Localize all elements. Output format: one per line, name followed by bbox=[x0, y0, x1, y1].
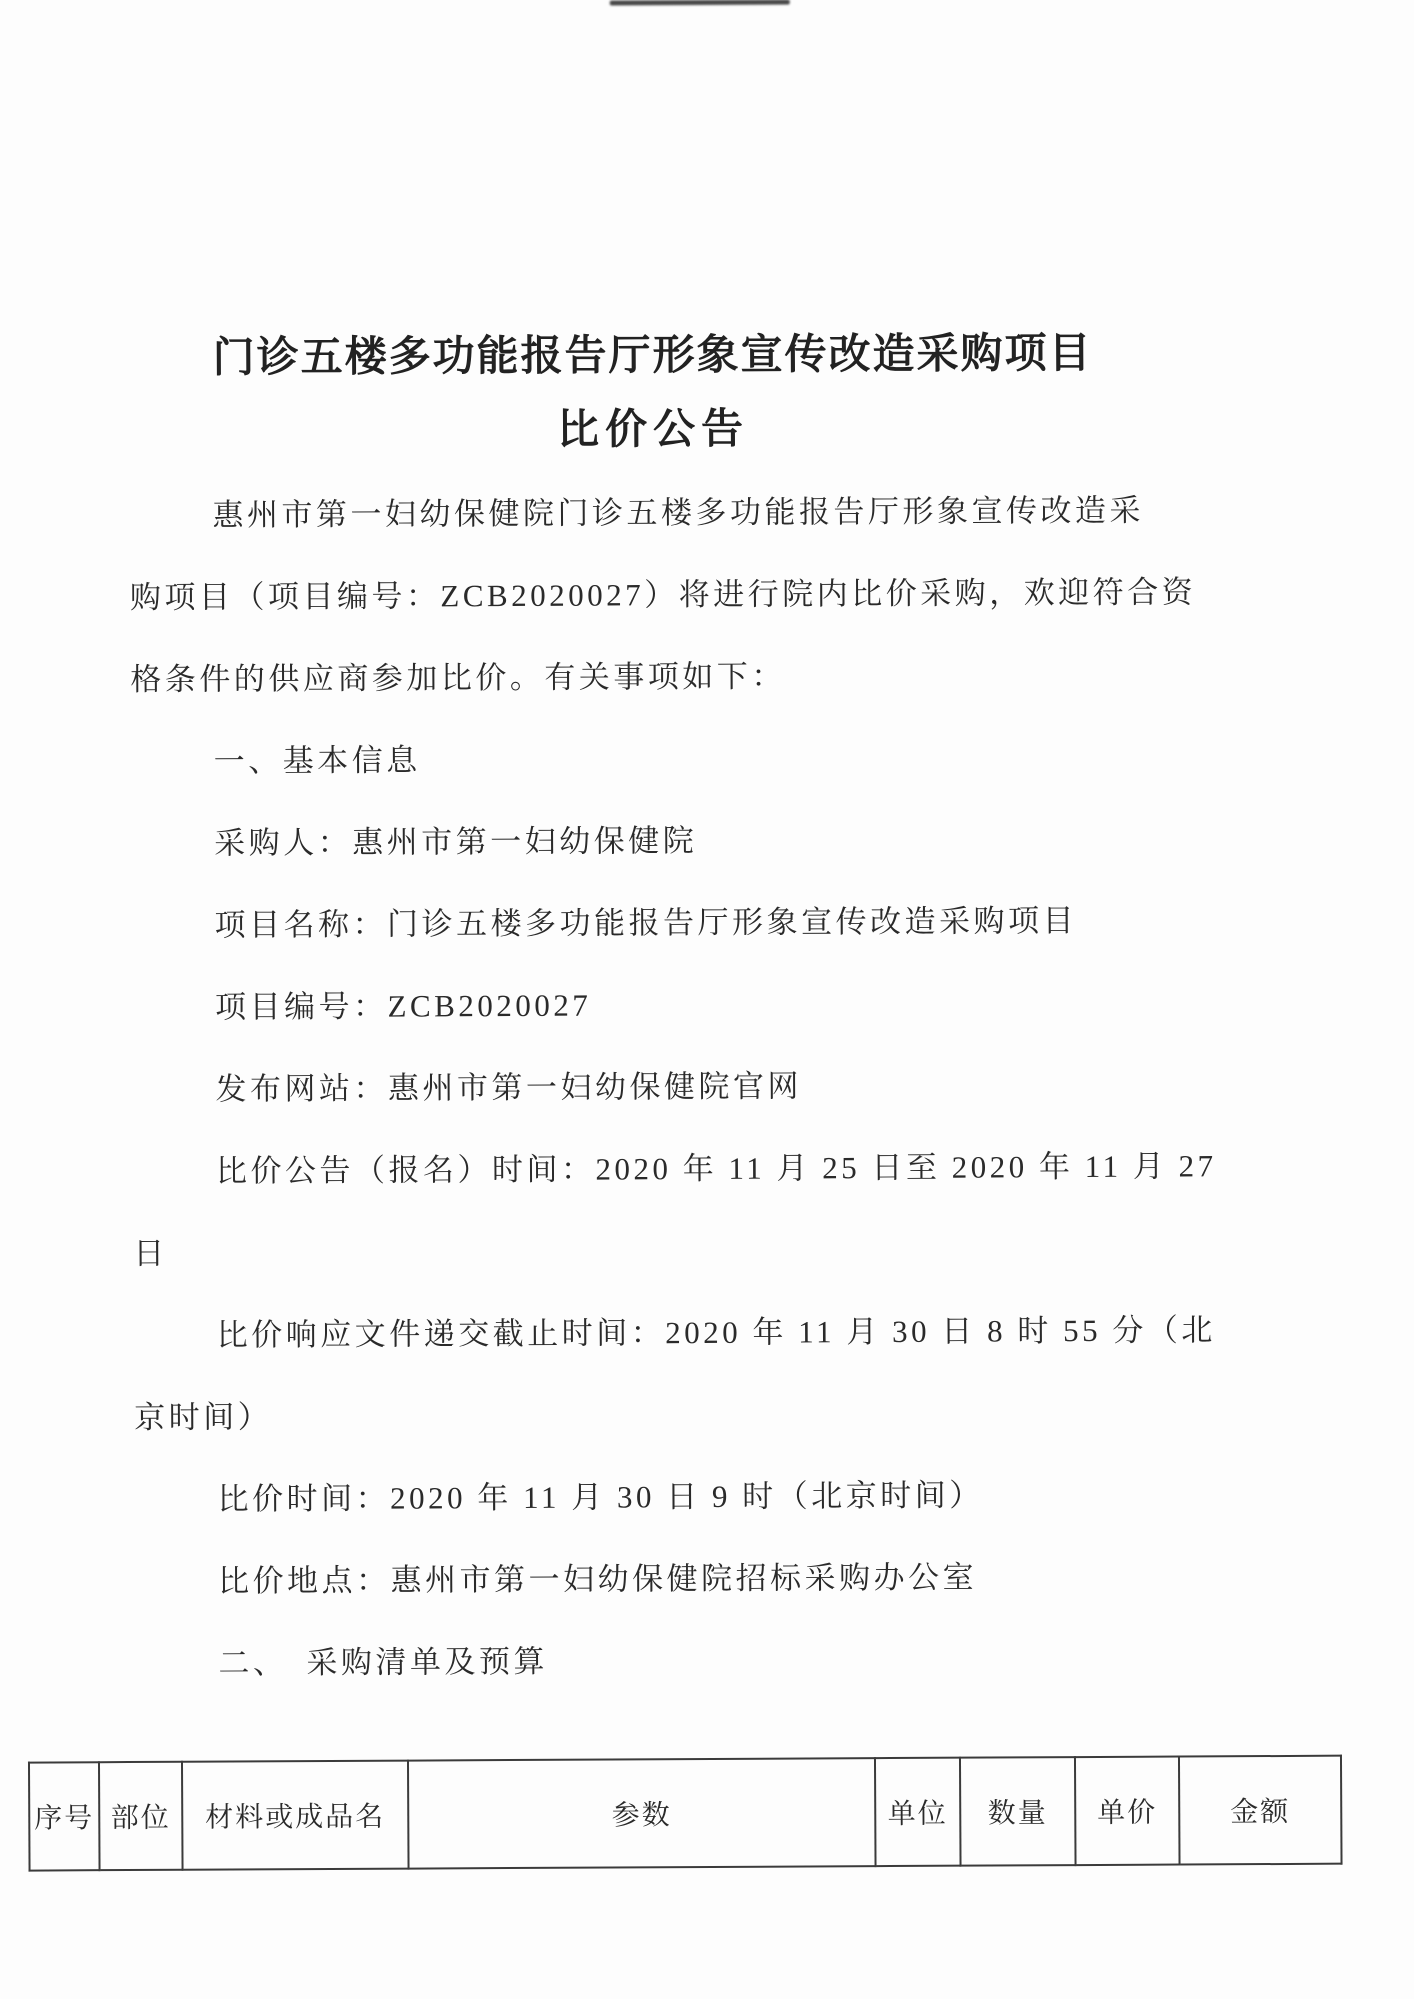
table-header-seq: 序号 bbox=[29, 1762, 100, 1870]
table-header-unit: 单位 bbox=[875, 1758, 961, 1866]
section2-heading: 二、 采购清单及预算 bbox=[135, 1618, 1183, 1705]
scan-artifact-top-edge bbox=[610, 0, 790, 5]
table-header-amount: 金额 bbox=[1179, 1756, 1342, 1865]
info-publish-site: 发布网站：惠州市第一妇幼保健院官网 bbox=[132, 1044, 1180, 1131]
procurement-table: 序号 部位 材料或成品名 参数 单位 数量 单价 金额 bbox=[28, 1755, 1343, 1872]
document-content: 门诊五楼多功能报告厅形象宣传改造采购项目 比价公告 惠州市第一妇幼保健院门诊五楼… bbox=[128, 324, 1183, 1705]
info-bidding-time: 比价时间：2020 年 11 月 30 日 9 时（北京时间） bbox=[134, 1454, 1182, 1541]
info-announce-time-line2: 日 bbox=[133, 1208, 1181, 1295]
intro-line-2: 购项目（项目编号：ZCB2020027）将进行院内比价采购，欢迎符合资 bbox=[130, 552, 1178, 639]
info-bidding-place: 比价地点：惠州市第一妇幼保健院招标采购办公室 bbox=[135, 1536, 1183, 1623]
table-header-quantity: 数量 bbox=[960, 1757, 1076, 1866]
table-header-material: 材料或成品名 bbox=[182, 1761, 409, 1870]
info-announce-time-line1: 比价公告（报名）时间：2020 年 11 月 25 日至 2020 年 11 月… bbox=[133, 1126, 1181, 1213]
info-deadline-line2: 京时间） bbox=[134, 1372, 1182, 1459]
intro-line-3: 格条件的供应商参加比价。有关事项如下： bbox=[130, 634, 1178, 721]
table-header-parameters: 参数 bbox=[408, 1758, 876, 1868]
info-buyer: 采购人：惠州市第一妇幼保健院 bbox=[131, 798, 1179, 885]
document-body: 惠州市第一妇幼保健院门诊五楼多功能报告厅形象宣传改造采 购项目（项目编号：ZCB… bbox=[129, 470, 1183, 1705]
info-project-number: 项目编号：ZCB2020027 bbox=[132, 962, 1180, 1049]
document-title-line2: 比价公告 bbox=[129, 398, 1177, 463]
intro-line-1: 惠州市第一妇幼保健院门诊五楼多功能报告厅形象宣传改造采 bbox=[129, 470, 1177, 557]
table-header-location: 部位 bbox=[99, 1762, 183, 1870]
table-header-unit-price: 单价 bbox=[1075, 1757, 1180, 1866]
info-deadline-line1: 比价响应文件递交截止时间：2020 年 11 月 30 日 8 时 55 分（北 bbox=[134, 1290, 1182, 1377]
table-header-row: 序号 部位 材料或成品名 参数 单位 数量 单价 金额 bbox=[29, 1756, 1342, 1871]
document-title-line1: 门诊五楼多功能报告厅形象宣传改造采购项目 bbox=[128, 324, 1176, 389]
document-page: 门诊五楼多功能报告厅形象宣传改造采购项目 比价公告 惠州市第一妇幼保健院门诊五楼… bbox=[0, 0, 1414, 1999]
section1-heading: 一、基本信息 bbox=[131, 716, 1179, 803]
info-project-name: 项目名称：门诊五楼多功能报告厅形象宣传改造采购项目 bbox=[131, 880, 1179, 967]
